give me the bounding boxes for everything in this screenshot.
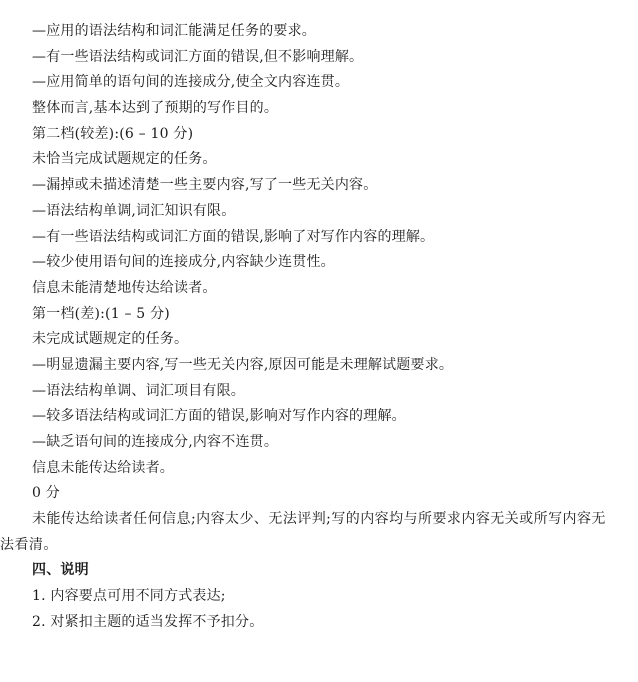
section-heading-notes: 四、说明 bbox=[0, 558, 625, 584]
rubric-line: —缺乏语句间的连接成分,内容不连贯。 bbox=[0, 430, 625, 456]
band-2-heading: 第二档(较差):(6 – 10 分) bbox=[0, 122, 625, 148]
rubric-line: —较多语法结构或词汇方面的错误,影响对写作内容的理解。 bbox=[0, 404, 625, 430]
rubric-line: —应用的语法结构和词汇能满足任务的要求。 bbox=[0, 19, 625, 45]
rubric-line: —较少使用语句间的连接成分,内容缺少连贯性。 bbox=[0, 250, 625, 276]
band-0-heading: 0 分 bbox=[0, 481, 625, 507]
rubric-line: —明显遗漏主要内容,写一些无关内容,原因可能是未理解试题要求。 bbox=[0, 353, 625, 379]
rubric-line: —应用简单的语句间的连接成分,使全文内容连贯。 bbox=[0, 70, 625, 96]
band-1-heading: 第一档(差):(1 – 5 分) bbox=[0, 302, 625, 328]
scoring-rubric-document: —应用的语法结构和词汇能满足任务的要求。 —有一些语法结构或词汇方面的错误,但不… bbox=[0, 19, 625, 636]
zero-score-description: 未能传达给读者任何信息;内容太少、无法评判;写的内容均与所要求内容无关或所写内容… bbox=[0, 507, 608, 558]
rubric-line: 未完成试题规定的任务。 bbox=[0, 327, 625, 353]
rubric-line: —有一些语法结构或词汇方面的错误,但不影响理解。 bbox=[0, 45, 625, 71]
note-item: 1. 内容要点可用不同方式表达; bbox=[0, 584, 625, 610]
rubric-line: —语法结构单调,词汇知识有限。 bbox=[0, 199, 625, 225]
rubric-line: —漏掉或未描述清楚一些主要内容,写了一些无关内容。 bbox=[0, 173, 625, 199]
rubric-summary: 整体而言,基本达到了预期的写作目的。 bbox=[0, 96, 625, 122]
rubric-summary: 信息未能传达给读者。 bbox=[0, 456, 625, 482]
rubric-line: —有一些语法结构或词汇方面的错误,影响了对写作内容的理解。 bbox=[0, 225, 625, 251]
rubric-summary: 信息未能清楚地传达给读者。 bbox=[0, 276, 625, 302]
rubric-line: —语法结构单调、词汇项目有限。 bbox=[0, 379, 625, 405]
rubric-line: 未恰当完成试题规定的任务。 bbox=[0, 147, 625, 173]
note-item: 2. 对紧扣主题的适当发挥不予扣分。 bbox=[0, 610, 625, 636]
